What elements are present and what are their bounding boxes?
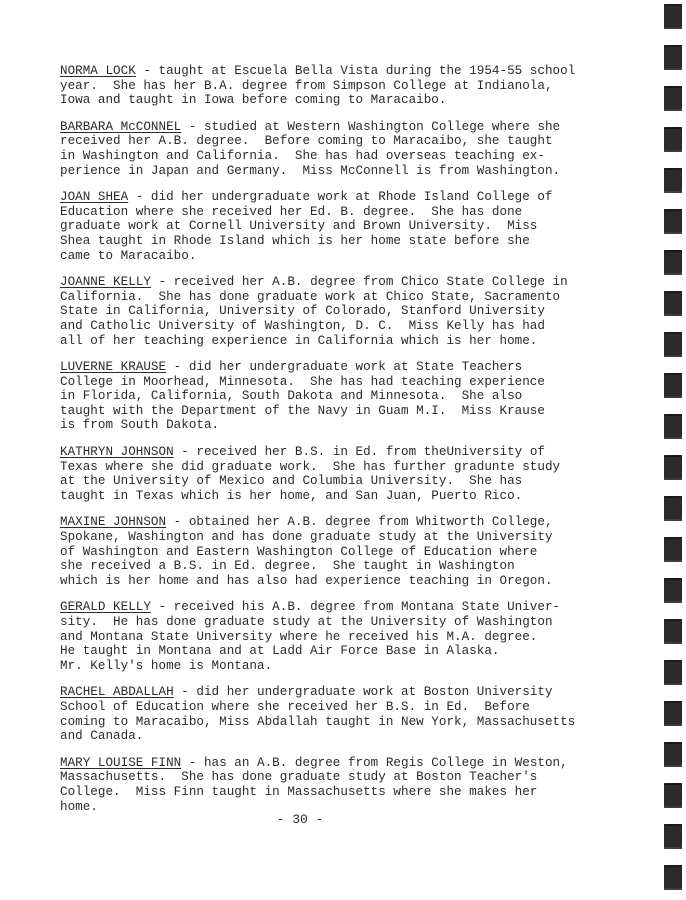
faculty-name: JOAN SHEA [60, 190, 128, 204]
faculty-entry: BARBARA McCONNEL - studied at Western Wa… [60, 120, 620, 178]
punch-hole [664, 742, 682, 767]
punch-hole [664, 332, 682, 357]
faculty-entry: LUVERNE KRAUSE - did her undergraduate w… [60, 360, 620, 433]
punch-hole [664, 86, 682, 111]
faculty-name: NORMA LOCK [60, 64, 136, 78]
faculty-name: GERALD KELLY [60, 600, 151, 614]
faculty-entry: MARY LOUISE FINN - has an A.B. degree fr… [60, 756, 620, 814]
punch-hole [664, 578, 682, 603]
faculty-entry: NORMA LOCK - taught at Escuela Bella Vis… [60, 64, 620, 108]
punch-hole [664, 496, 682, 521]
faculty-entry: JOAN SHEA - did her undergraduate work a… [60, 190, 620, 263]
punch-hole [664, 291, 682, 316]
faculty-name: KATHRYN JOHNSON [60, 445, 174, 459]
punch-hole [664, 127, 682, 152]
punch-hole [664, 537, 682, 562]
punch-hole [664, 373, 682, 398]
faculty-description: - taught at Escuela Bella Vista during t… [60, 64, 575, 107]
punch-hole [664, 865, 682, 890]
punch-hole [664, 824, 682, 849]
punch-hole [664, 209, 682, 234]
faculty-entry: GERALD KELLY - received his A.B. degree … [60, 600, 620, 673]
faculty-name: MAXINE JOHNSON [60, 515, 166, 529]
punch-hole [664, 455, 682, 480]
punch-hole [664, 168, 682, 193]
punch-hole [664, 783, 682, 808]
binding-punch-holes [664, 0, 686, 900]
faculty-name: LUVERNE KRAUSE [60, 360, 166, 374]
punch-hole [664, 701, 682, 726]
punch-hole [664, 250, 682, 275]
page-number: - 30 - [0, 812, 600, 827]
punch-hole [664, 414, 682, 439]
faculty-name: JOANNE KELLY [60, 275, 151, 289]
faculty-name: BARBARA McCONNEL [60, 120, 181, 134]
faculty-name: MARY LOUISE FINN [60, 756, 181, 770]
faculty-entry: KATHRYN JOHNSON - received her B.S. in E… [60, 445, 620, 503]
faculty-entry: MAXINE JOHNSON - obtained her A.B. degre… [60, 515, 620, 588]
punch-hole [664, 4, 682, 29]
faculty-entries: NORMA LOCK - taught at Escuela Bella Vis… [60, 64, 620, 814]
punch-hole [664, 660, 682, 685]
punch-hole [664, 45, 682, 70]
faculty-entry: RACHEL ABDALLAH - did her undergraduate … [60, 685, 620, 743]
punch-hole [664, 619, 682, 644]
faculty-name: RACHEL ABDALLAH [60, 685, 174, 699]
faculty-entry: JOANNE KELLY - received her A.B. degree … [60, 275, 620, 348]
document-page: NORMA LOCK - taught at Escuela Bella Vis… [60, 64, 620, 826]
faculty-description: - did her undergraduate work at Rhode Is… [60, 190, 553, 262]
